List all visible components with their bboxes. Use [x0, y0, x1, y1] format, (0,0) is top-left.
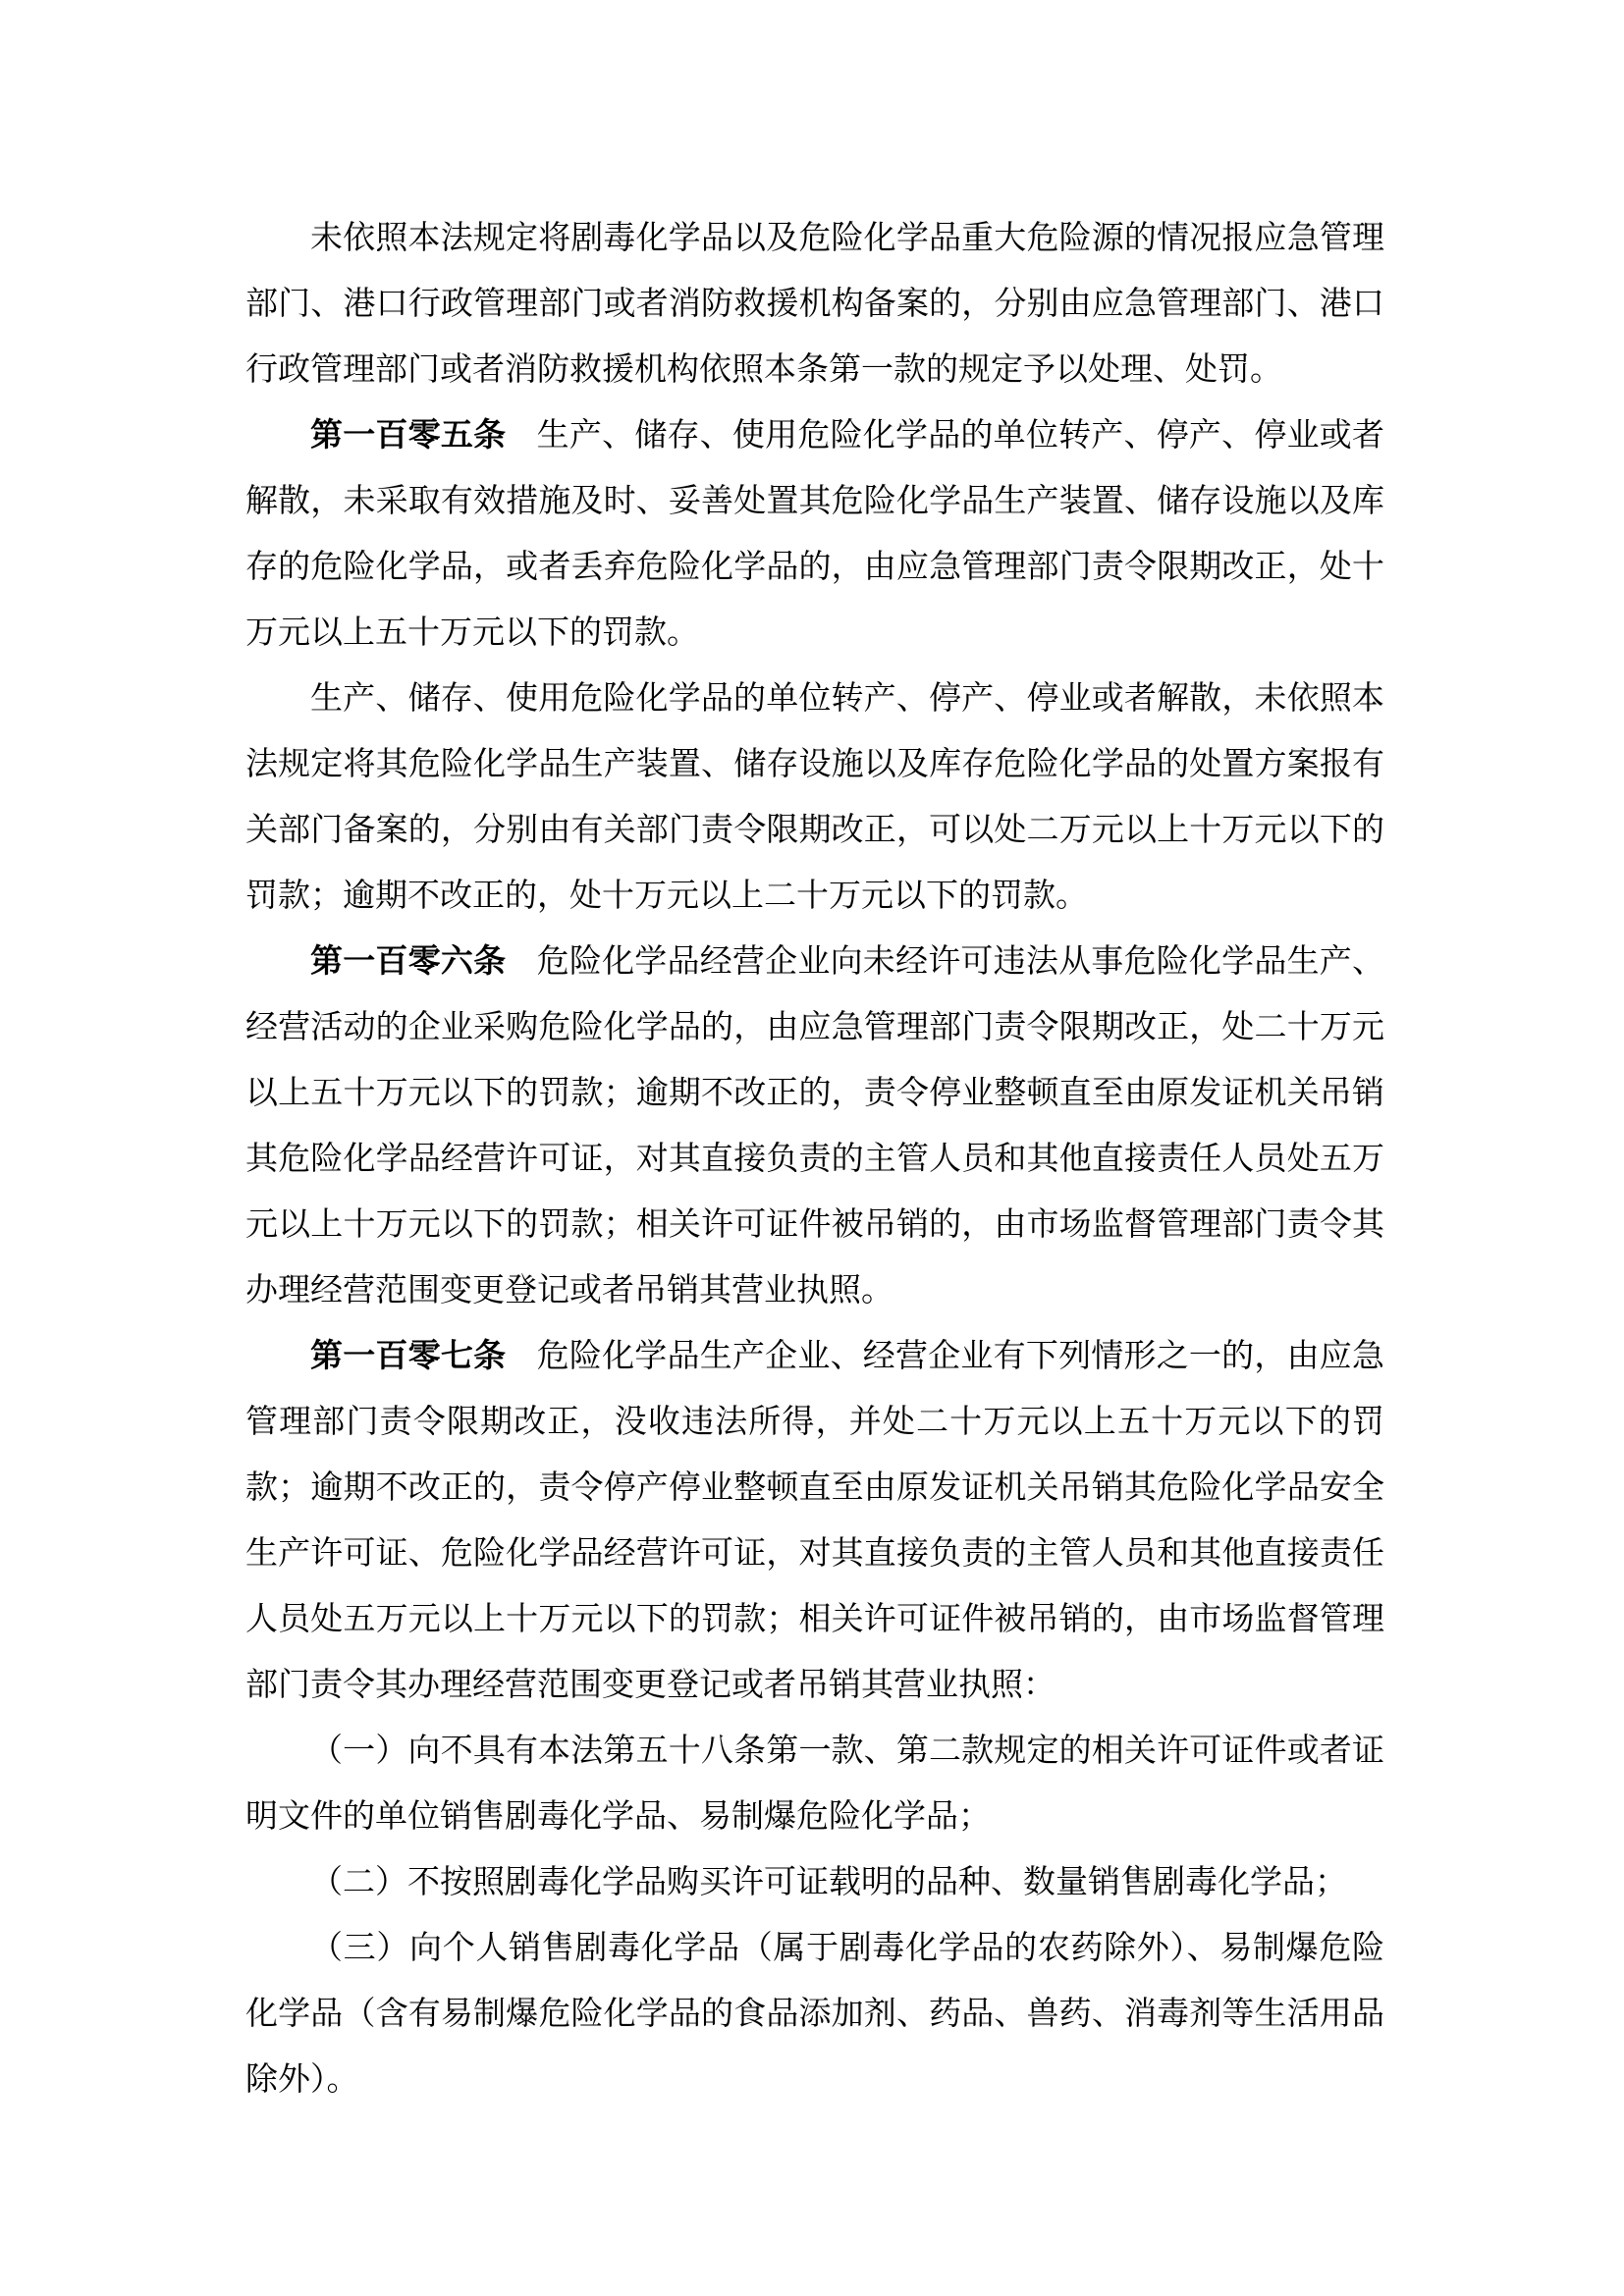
paragraph-text: 危险化学品生产企业、经营企业有下列情形之一的，由应急管理部门责令限期改正，没收违… — [245, 1339, 1384, 1703]
paragraph-list-item-1: （一）向不具有本法第五十八条第一款、第二款规定的相关许可证件或者证明文件的单位销… — [245, 1719, 1384, 1850]
paragraph-untitled-1: 未依照本法规定将剧毒化学品以及危险化学品重大危险源的情况报应急管理部门、港口行政… — [245, 206, 1384, 403]
paragraph-text: （二）不按照剧毒化学品购买许可证载明的品种、数量销售剧毒化学品； — [310, 1865, 1347, 1900]
document-body: 未依照本法规定将剧毒化学品以及危险化学品重大危险源的情况报应急管理部门、港口行政… — [245, 206, 1384, 2113]
paragraph-list-item-3: （三）向个人销售剧毒化学品（属于剧毒化学品的农药除外）、易制爆危险化学品（含有易… — [245, 1916, 1384, 2113]
paragraph-list-item-2: （二）不按照剧毒化学品购买许可证载明的品种、数量销售剧毒化学品； — [245, 1850, 1384, 1916]
paragraph-article-107: 第一百零七条危险化学品生产企业、经营企业有下列情形之一的，由应急管理部门责令限期… — [245, 1324, 1384, 1719]
paragraph-untitled-2: 生产、储存、使用危险化学品的单位转产、停产、停业或者解散，未依照本法规定将其危险… — [245, 667, 1384, 930]
document-page: 未依照本法规定将剧毒化学品以及危险化学品重大危险源的情况报应急管理部门、港口行政… — [0, 0, 1624, 2296]
article-number: 第一百零七条 — [310, 1339, 506, 1374]
paragraph-text: 生产、储存、使用危险化学品的单位转产、停产、停业或者解散，未依照本法规定将其危险… — [245, 681, 1384, 914]
article-number: 第一百零六条 — [310, 944, 506, 980]
paragraph-text: （三）向个人销售剧毒化学品（属于剧毒化学品的农药除外）、易制爆危险化学品（含有易… — [245, 1931, 1384, 2098]
paragraph-text: 未依照本法规定将剧毒化学品以及危险化学品重大危险源的情况报应急管理部门、港口行政… — [245, 221, 1384, 388]
paragraph-article-105: 第一百零五条生产、储存、使用危险化学品的单位转产、停产、停业或者解散，未采取有效… — [245, 403, 1384, 667]
article-number: 第一百零五条 — [310, 418, 506, 454]
paragraph-article-106: 第一百零六条危险化学品经营企业向未经许可违法从事危险化学品生产、经营活动的企业采… — [245, 930, 1384, 1324]
paragraph-text: （一）向不具有本法第五十八条第一款、第二款规定的相关许可证件或者证明文件的单位销… — [245, 1734, 1384, 1835]
paragraph-text: 危险化学品经营企业向未经许可违法从事危险化学品生产、经营活动的企业采购危险化学品… — [245, 944, 1384, 1308]
